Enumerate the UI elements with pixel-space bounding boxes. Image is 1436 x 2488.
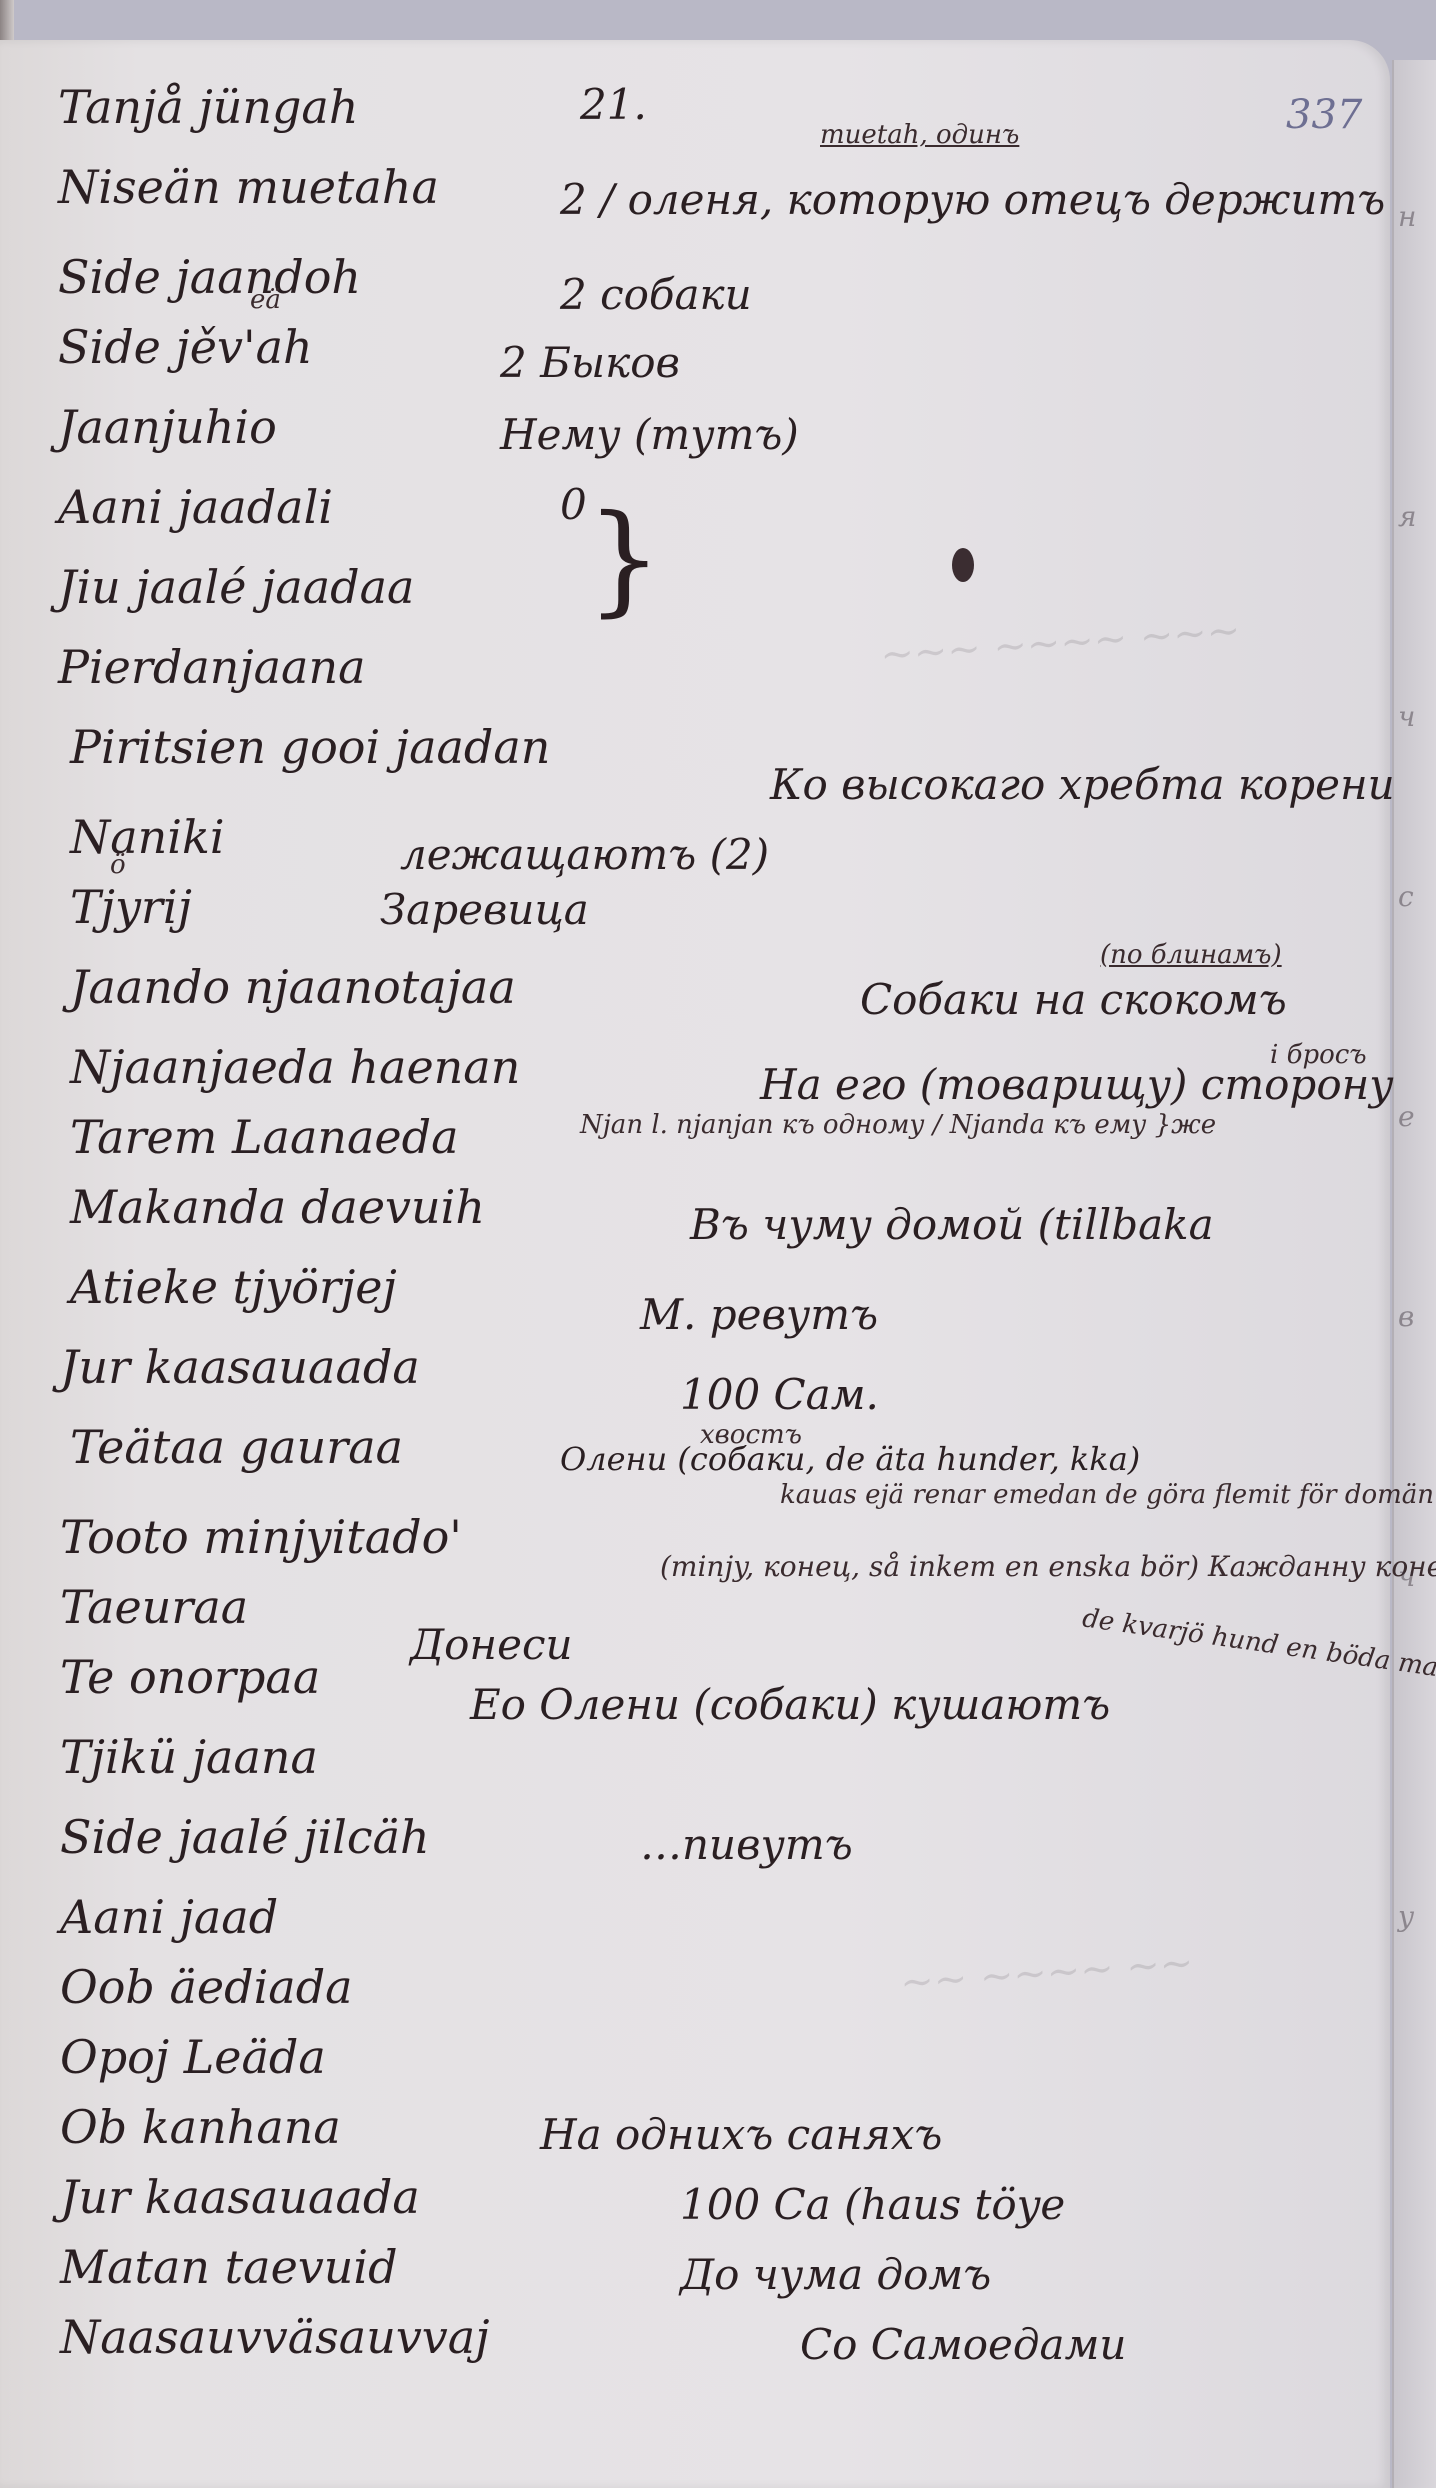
grouping-brace: } — [586, 490, 662, 629]
entry-source: Niseän muetaha — [58, 160, 439, 214]
entry-source: Opoj Leäda — [60, 2030, 326, 2084]
adjacent-page-text: с — [1398, 880, 1414, 913]
entry-source: Makanda daevuih — [70, 1180, 485, 1234]
entry-source: Naniki — [70, 810, 225, 864]
page-number: 337 — [1286, 92, 1362, 138]
adjacent-page-text: я — [1398, 500, 1417, 533]
entry-source: Piritsien gooi jaadan — [70, 720, 550, 774]
entry-translation: Олени (собаки, de äta hunder, kka) — [560, 1440, 1140, 1478]
entry-translation: 100 Сa (haus töye — [680, 2180, 1065, 2229]
entry-source: Tjyrij — [70, 880, 192, 934]
entry-source: Njaanjaeda haenan — [70, 1040, 520, 1094]
entry-note-swedish: kauas ejä renar emedan de göra flemit fö… — [780, 1480, 1434, 1510]
entry-source: Aani jaad — [60, 1890, 278, 1944]
adjacent-page-text: е — [1398, 1100, 1415, 1133]
entry-source: Tjikü jaana — [60, 1730, 318, 1784]
entry-source: Matan taevuid — [60, 2240, 398, 2294]
adjacent-page-text: н — [1398, 200, 1416, 233]
adjacent-page-text: ч — [1398, 1560, 1415, 1593]
entry-source: Jur kaasauaada — [60, 2170, 420, 2224]
entry-translation: 2 / оленя, которую отецъ держитъ — [560, 175, 1385, 224]
entry-translation: 0 — [560, 480, 587, 529]
entry-note-above: muetah, одинъ — [820, 120, 1019, 150]
entry-source: Jaando njaanotajaa — [70, 960, 516, 1014]
entry-source: Tarem Laanaeda — [70, 1110, 459, 1164]
entry-source: Jur kaasauaada — [60, 1340, 420, 1394]
entry-source: Side jěv'ah — [58, 320, 313, 374]
entry-translation: Собаки на скокомъ — [860, 975, 1287, 1024]
entry-note-above: ö — [110, 850, 126, 880]
entry-translation: Ео Олени (собаки) кушаютъ — [470, 1680, 1110, 1729]
entry-source: Pierdanjaana — [58, 640, 366, 694]
entry-source: Atieke tjyörjej — [70, 1260, 397, 1314]
entry-note-side: i бросъ — [1270, 1040, 1367, 1070]
entry-source: Tanjå jüngah — [58, 80, 358, 134]
entry-source: Side jaandoh — [58, 250, 361, 304]
entry-source: Teätaa gauraa — [70, 1420, 403, 1474]
entry-source: Jiu jaalé jaadaa — [58, 560, 414, 614]
entry-translation: 100 Сам. — [680, 1370, 879, 1419]
ink-blot — [952, 548, 974, 582]
entry-translation: До чума домъ — [680, 2250, 991, 2299]
entry-translation: Со Самоедами — [800, 2320, 1126, 2369]
entry-source: Aani jaadali — [58, 480, 333, 534]
entry-translation: Заревица — [380, 885, 589, 934]
entry-source: Jaanjuhio — [58, 400, 277, 454]
entry-source: Side jaalé jilcäh — [60, 1810, 430, 1864]
entry-translation: …пивутъ — [640, 1820, 853, 1869]
entry-translation: Ко высокаго хребта корени — [770, 760, 1395, 809]
entry-source: Te onorpaa — [60, 1650, 320, 1704]
entry-translation: Njan l. njanjan къ одному / Njanda къ ем… — [580, 1110, 1216, 1140]
entry-source: Naasauvväsauvvaj — [60, 2310, 489, 2364]
entry-source: Oob äediada — [60, 1960, 353, 2014]
adjacent-page-text: ч — [1398, 700, 1415, 733]
adjacent-page-edge — [1392, 60, 1436, 2488]
entry-translation: На однихъ саняхъ — [540, 2110, 942, 2159]
entry-translation: лежащаютъ (2) — [400, 830, 769, 879]
entry-translation: 2 Быков — [500, 338, 680, 387]
entry-translation: 21. — [580, 80, 647, 129]
entry-source: Tooto minjyitado' — [60, 1510, 462, 1564]
entry-source: Ob kanhana — [60, 2100, 341, 2154]
entry-translation: 2 собаки — [560, 270, 752, 319]
adjacent-page-text: в — [1398, 1300, 1414, 1333]
entry-translation: Нему (тутъ) — [500, 410, 799, 459]
entry-note-above: eä — [250, 285, 281, 315]
entry-note-above: (по блинамъ) — [1100, 940, 1282, 970]
entry-source: Taeuraa — [60, 1580, 248, 1634]
adjacent-page-text: у — [1398, 1900, 1414, 1933]
entry-translation: (minjy, конец, så inkeт en enska bör) Ка… — [660, 1550, 1436, 1583]
entry-translation: Донеси — [410, 1620, 573, 1669]
entry-translation: Въ чуму домой (tillbaka — [690, 1200, 1214, 1249]
entry-translation: М. ревутъ — [640, 1290, 878, 1339]
